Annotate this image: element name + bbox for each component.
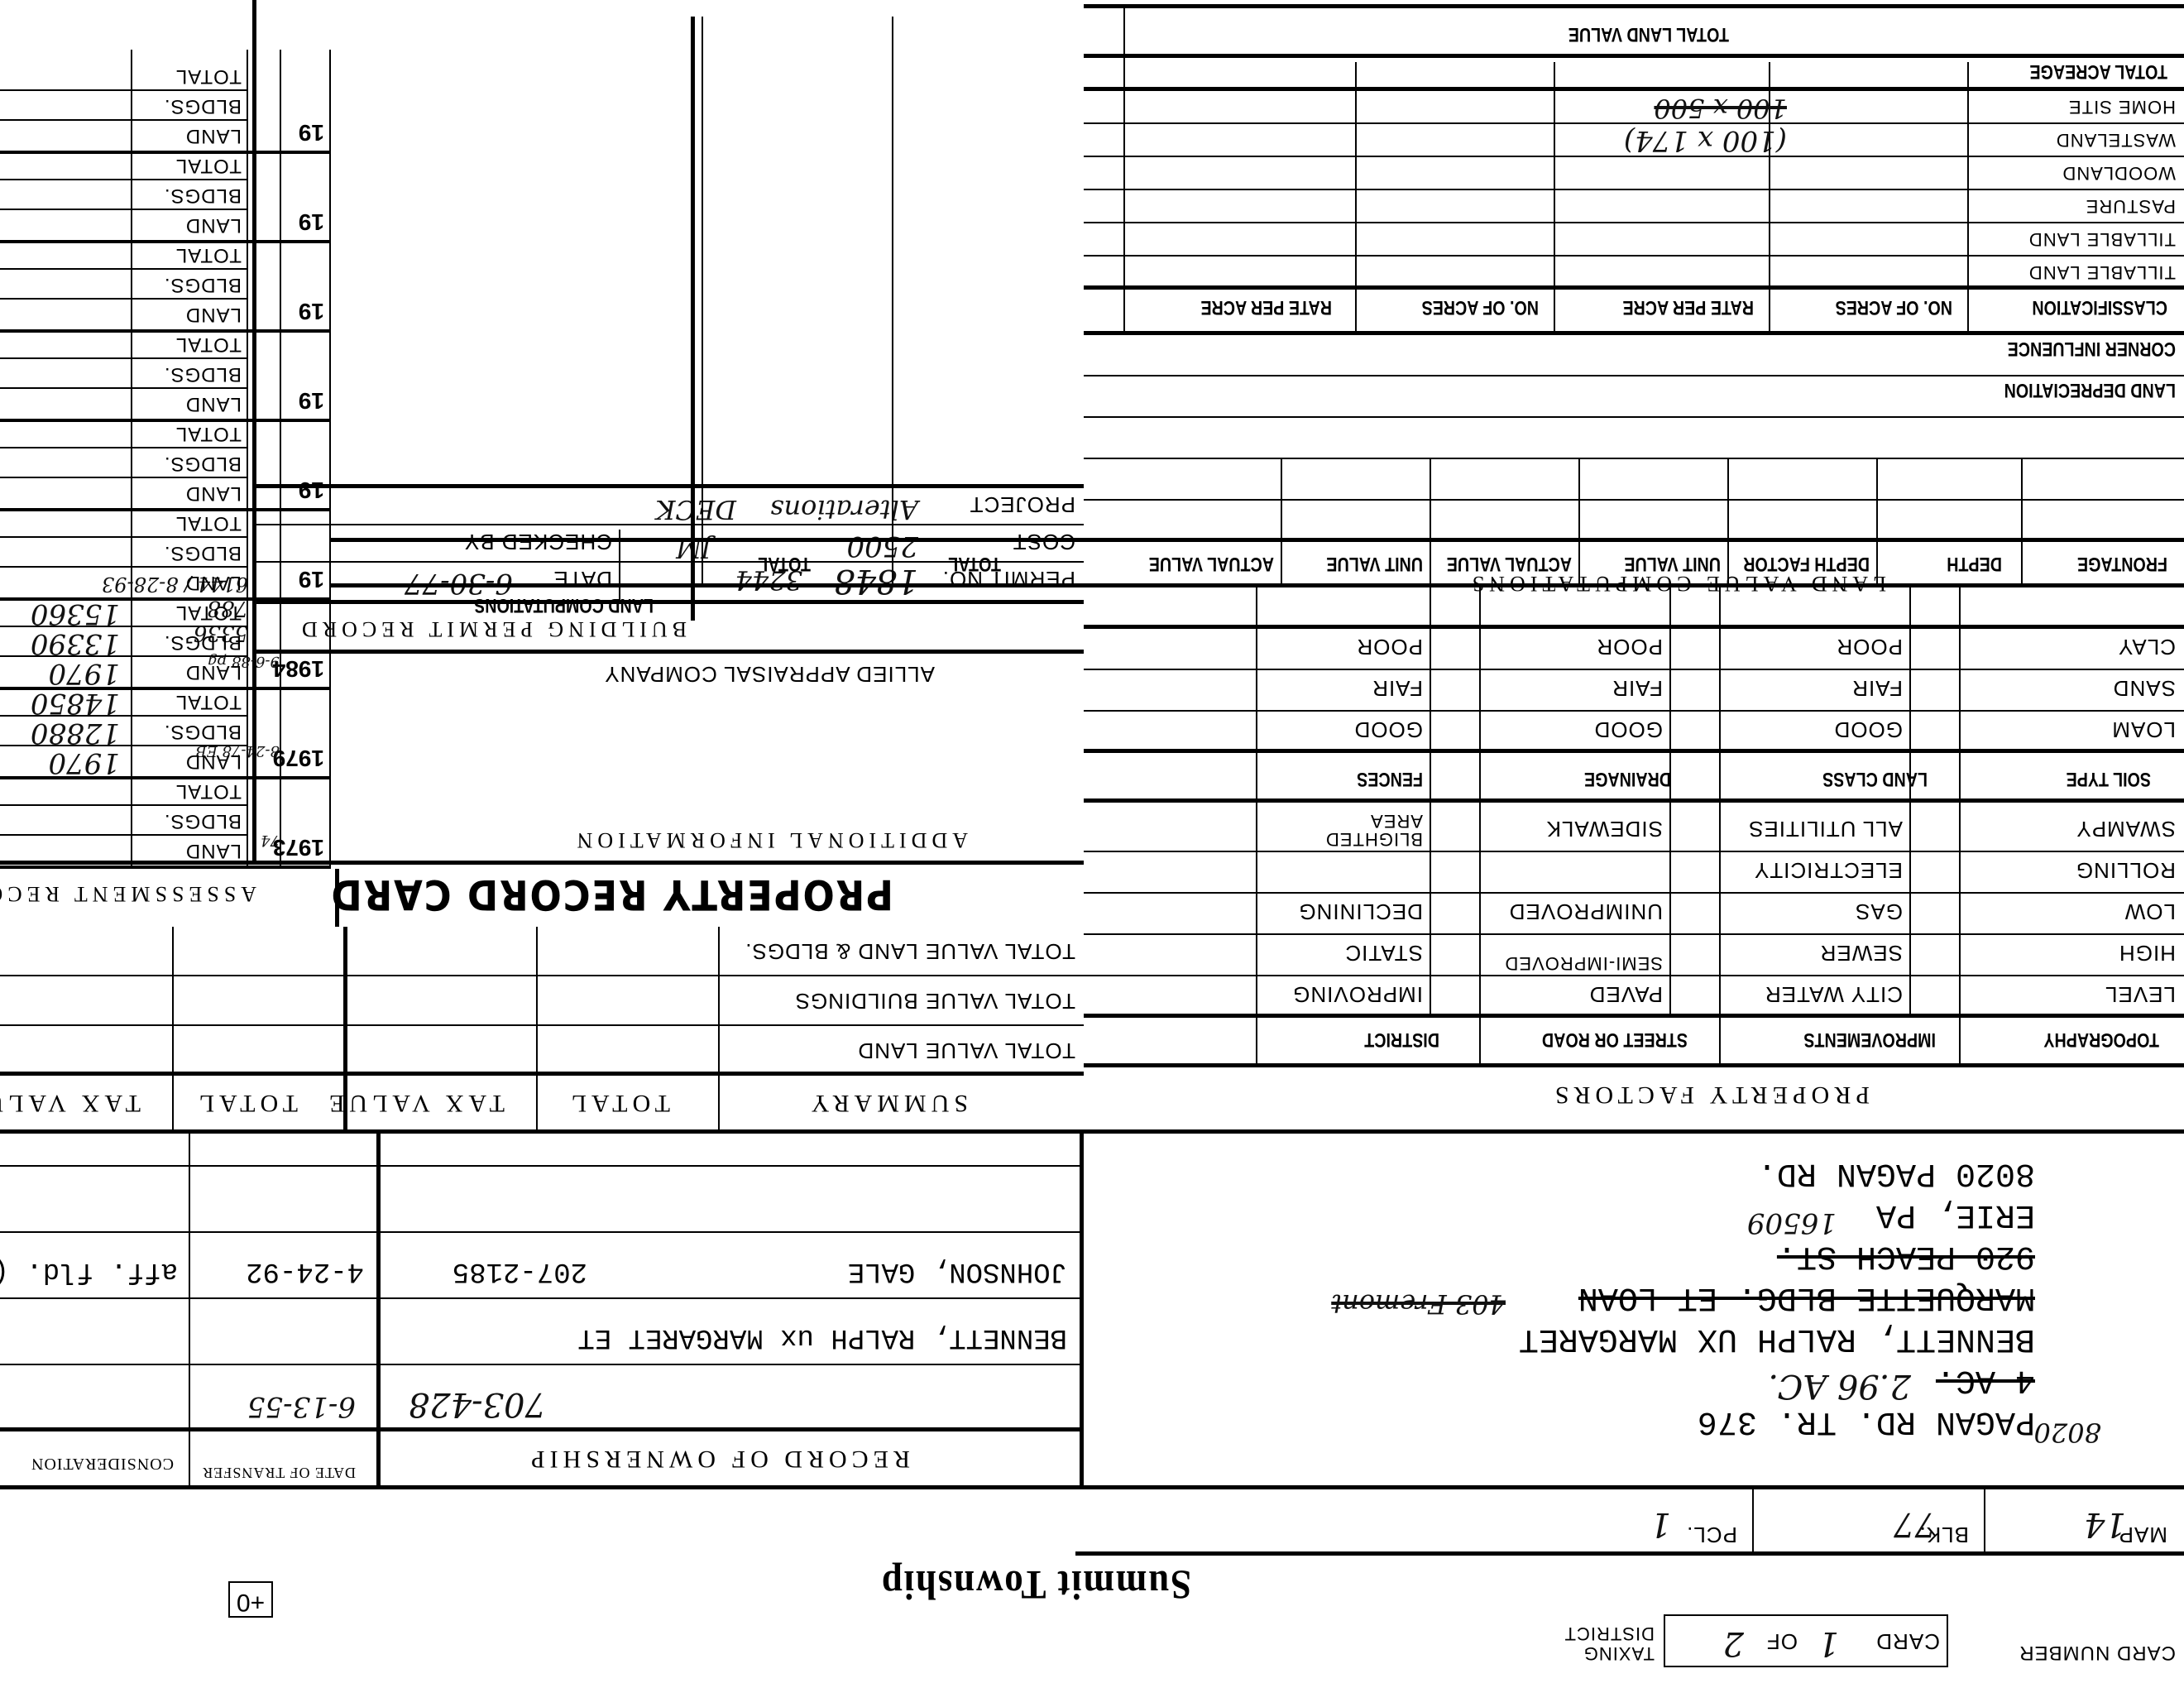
property-factors: PROPERTY FACTORS TOPOGRAPHY IMPROVEMENTS… [1084, 496, 2184, 1125]
assessment-row-label: BLDGS. [164, 720, 242, 743]
card-number-label: CARD NUMBER [2101, 1642, 2176, 1663]
assessment-row-label: BLDGS. [164, 452, 242, 475]
pcl-value[interactable]: 1 [1650, 1505, 1671, 1543]
map-value[interactable]: 14 [2084, 1505, 2126, 1543]
card-value[interactable]: 1 [1818, 1624, 1839, 1662]
assessment-year-block: 19849-6-88 pgLAND1970BLDGS.13390TOTAL153… [0, 597, 331, 690]
mailing-address: 8020 PAGAN RD. [1757, 1154, 2035, 1192]
township-name: Summit Township [880, 1561, 1191, 1609]
assessment-row-label: TOTAL [175, 154, 242, 177]
assessment-year-block: 19LANDBLDGS.TOTAL [0, 329, 331, 422]
property-record-card: CARD NUMBER CARD 1 OF 2 TAXING DISTRICT … [0, 0, 2184, 1688]
assessment-value: 1970 [48, 746, 120, 779]
assessment-row-label: BLDGS. [164, 541, 242, 564]
map-blk-pcl-row: MAP 14 BLK. 77 PCL. 1 [1084, 1489, 2184, 1556]
assessment-row-label: BLDGS. [164, 362, 242, 386]
assessment-row-label: LAND [185, 213, 242, 237]
assessment-year: 19 [299, 566, 324, 592]
assessment-row-label: TOTAL [175, 601, 242, 624]
assessment-row-label: LAND [185, 660, 242, 683]
assessment-row-label: TOTAL [175, 690, 242, 713]
assessment-year: 19 [299, 119, 324, 146]
deed-book-1: 703-428 [409, 1385, 546, 1423]
assessment-row-label: LAND [185, 839, 242, 862]
assessment-row-label: LAND [185, 750, 242, 773]
assessment-row-label: LAND [185, 124, 242, 147]
transfer-date-1: 6-13-55 [247, 1390, 356, 1423]
assessment-year: 1973 [273, 834, 324, 861]
assessment-row-label: TOTAL [175, 511, 242, 535]
card-title: PROPERTY RECORD CARD [330, 870, 893, 918]
assessment-row-label: LAND [185, 303, 242, 326]
assessment-year-block: 19798-24-78 EBLAND1970BLDGS.12880TOTAL14… [0, 687, 331, 779]
assessment-row-label: BLDGS. [164, 809, 242, 832]
land-value-computations: FRONTAGE DEPTH DEPTH FACTOR UNIT VALUE A… [1084, 0, 2184, 587]
land-totals: TOTAL TOTAL LAND COMPUTATIONS BOARD FOR … [331, 8, 1084, 587]
assessment-year-block: 197374LANDBLDGS.TOTAL [0, 776, 331, 869]
assessment-year-block: 19LANDBLDGS.TOTAL [0, 419, 331, 511]
assessment-row-label: BLDGS. [164, 631, 242, 654]
summary-table: SUMMARY TOTAL TAX VALUE TOTAL TAX VALUE … [0, 927, 1084, 1134]
blk-value[interactable]: 77 [1894, 1505, 1936, 1543]
assessment-row-label: BLDGS. [164, 273, 242, 296]
card-count-box: CARD 1 OF 2 [1664, 1614, 1948, 1667]
assessment-year-block: 19LANDBLDGS.TOTAL [0, 151, 331, 243]
taxing-district-label: TAXING DISTRICT [1555, 1623, 1655, 1663]
assessment-record: 197374LANDBLDGS.TOTAL19798-24-78 EBLAND1… [0, 41, 331, 869]
address-block: 8020 PAGAN RD. TR. 376 4 AC. 2.96 AC. BE… [1109, 1142, 2101, 1456]
assessment-year-block: 19LANDBLDGS.TOTAL [0, 61, 331, 154]
assessment-row-label: BLDGS. [164, 184, 242, 207]
owner-row-2: BENNETT, RALPH ux MARGARET ET [577, 1321, 1067, 1353]
assessment-year-block: 19LANDBLDGS.TOTAL [0, 508, 331, 601]
assessment-year: 19 [299, 298, 324, 324]
address-line-1: PAGAN RD. TR. 376 [1698, 1403, 2035, 1440]
tag-box: +0 [228, 1581, 273, 1618]
owner-name: BENNETT, RALPH UX MARGARET [1519, 1320, 2035, 1357]
assessment-note: 74 [261, 832, 280, 849]
assessment-year-block: 19LANDBLDGS.TOTAL [0, 240, 331, 333]
assessment-row-label: BLDGS. [164, 94, 242, 117]
assessment-year: 19 [299, 209, 324, 235]
assessment-row-label: LAND [185, 571, 242, 594]
assessment-row-label: TOTAL [175, 65, 242, 88]
of-value[interactable]: 2 [1723, 1624, 1744, 1662]
assessment-row-label: TOTAL [175, 243, 242, 266]
of-label: OF [1766, 1628, 1798, 1654]
assessment-row-label: LAND [185, 392, 242, 415]
assessment-year: 19 [299, 477, 324, 503]
assessment-row-label: LAND [185, 482, 242, 505]
assessment-year: 1979 [273, 745, 324, 771]
assessment-row-label: TOTAL [175, 779, 242, 803]
assessment-year: 1984 [273, 655, 324, 682]
assessment-row-label: TOTAL [175, 422, 242, 445]
assessment-row-label: TOTAL [175, 333, 242, 356]
assessment-year: 19 [299, 387, 324, 414]
owner-row-3: JOHNSON, GALE [848, 1255, 1067, 1287]
ownership-table: RECORD OF OWNERSHIP DATE OF TRANSFER CON… [0, 1134, 1084, 1489]
assessment-value: 1970 [48, 657, 120, 690]
card-label: CARD [1875, 1628, 1940, 1654]
